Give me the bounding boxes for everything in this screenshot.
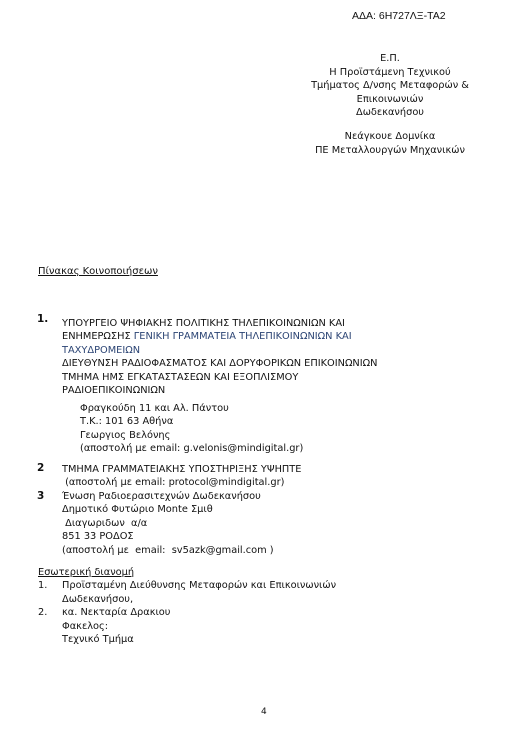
- recipient-line: ΤΜΗΜΑ ΗΜΣ ΕΓΚΑΤΑΣΤΑΣΕΩΝ ΚΑΙ ΕΞΟΠΛΙΣΜΟΥ: [62, 371, 377, 384]
- internal-distribution: Εσωτερική διανομή 1. Προϊσταμένη Διεύθυν…: [38, 566, 336, 646]
- notification-recipient-3: Ένωση Ραδιοερασιτεχνών Δωδεκανήσου Δημοτ…: [62, 490, 274, 557]
- internal-distribution-title: Εσωτερική διανομή: [38, 566, 336, 579]
- internal-item-line: Προϊσταμένη Διεύθυνσης Μεταφορών και Επι…: [62, 579, 336, 592]
- signature-line: Δωδεκανήσου: [280, 106, 500, 120]
- contact-name: Γεωργιος Βελόνης: [80, 429, 303, 442]
- address-line: Τ.Κ.: 101 63 Αθήνα: [80, 415, 303, 428]
- internal-item-line: Δωδεκανήσου,: [62, 593, 336, 606]
- signatory-role: ΠΕ Μεταλλουργών Μηχανικών: [280, 144, 500, 158]
- recipient-highlight: ΓΕΝΙΚΗ ΓΡΑΜΜΑΤΕΙΑ ΤΗΛΕΠΙΚΟΙΝΩΝΙΩΝ ΚΑΙ: [134, 331, 352, 342]
- notification-recipient-1: ΥΠΟΥΡΓΕΙΟ ΨΗΦΙΑΚΗΣ ΠΟΛΙΤΙΚΗΣ ΤΗΛΕΠΙΚΟΙΝΩ…: [62, 317, 377, 397]
- signature-line: Ε.Π.: [280, 52, 500, 66]
- email-line: (αποστολή με email: g.velonis@mindigital…: [80, 442, 303, 455]
- signature-line: Τμήματος Δ/νσης Μεταφορών &: [280, 79, 500, 93]
- recipient-line: ΔΙΕΥΘΥΝΣΗ ΡΑΔΙΟΦΑΣΜΑΤΟΣ ΚΑΙ ΔΟΡΥΦΟΡΙΚΩΝ …: [62, 357, 377, 370]
- internal-item-line: Τεχνικό Τμήμα: [62, 633, 170, 646]
- internal-item-number: 2.: [38, 606, 62, 646]
- signature-title-block: Ε.Π. Η Προϊστάμενη Τεχνικού Τμήματος Δ/ν…: [280, 52, 500, 120]
- address-line: Φραγκούδη 11 και Αλ. Πάντου: [80, 402, 303, 415]
- internal-item: 1. Προϊσταμένη Διεύθυνσης Μεταφορών και …: [38, 579, 336, 606]
- email-line: (αποστολή με email: sv5azk@gmail.com ): [62, 544, 274, 557]
- internal-item-number: 1.: [38, 579, 62, 606]
- recipient-text: ΕΝΗΜΕΡΩΣΗΣ: [62, 331, 134, 342]
- internal-item-line: Φακελος:: [62, 620, 170, 633]
- address-line: Διαγωριδων α/α: [62, 517, 274, 530]
- email-line: (αποστολή με email: protocol@mindigital.…: [62, 476, 301, 489]
- recipient-line: Ένωση Ραδιοερασιτεχνών Δωδεκανήσου: [62, 490, 274, 503]
- signatory-name: Νεάγκουε Δομνίκα: [280, 130, 500, 144]
- signature-name-block: Νεάγκουε Δομνίκα ΠΕ Μεταλλουργών Μηχανικ…: [280, 130, 500, 157]
- notification-number: 2: [37, 462, 44, 474]
- recipient-line: ΕΝΗΜΕΡΩΣΗΣ ΓΕΝΙΚΗ ΓΡΑΜΜΑΤΕΙΑ ΤΗΛΕΠΙΚΟΙΝΩ…: [62, 330, 377, 343]
- notifications-title: Πίνακας Κοινοποιήσεων: [38, 266, 158, 277]
- recipient-line: ΥΠΟΥΡΓΕΙΟ ΨΗΦΙΑΚΗΣ ΠΟΛΙΤΙΚΗΣ ΤΗΛΕΠΙΚΟΙΝΩ…: [62, 317, 377, 330]
- ada-code: ΑΔΑ: 6Η727ΛΞ-ΤΑ2: [352, 10, 446, 22]
- page-number: 4: [261, 707, 267, 717]
- internal-item-line: κα. Νεκταρία Δρακιου: [62, 606, 170, 619]
- recipient-line: ΡΑΔΙΟΕΠΙΚΟΙΝΩΝΙΩΝ: [62, 384, 377, 397]
- internal-item: 2. κα. Νεκταρία Δρακιου Φακελος: Τεχνικό…: [38, 606, 336, 646]
- signature-line: Η Προϊστάμενη Τεχνικού: [280, 66, 500, 80]
- address-line: 851 33 ΡΟΔΟΣ: [62, 530, 274, 543]
- address-line: Δημοτικό Φυτώριο Monte Σμιθ: [62, 503, 274, 516]
- recipient-line: ΤΜΗΜΑ ΓΡΑΜΜΑΤΕΙΑΚΗΣ ΥΠΟΣΤΗΡΙΞΗΣ ΥΨΗΠΤΕ: [62, 463, 301, 476]
- signature-line: Επικοινωνιών: [280, 93, 500, 107]
- notification-number: 3: [37, 490, 44, 502]
- notification-number: 1.: [37, 313, 48, 325]
- notification-recipient-2: ΤΜΗΜΑ ΓΡΑΜΜΑΤΕΙΑΚΗΣ ΥΠΟΣΤΗΡΙΞΗΣ ΥΨΗΠΤΕ (…: [62, 463, 301, 490]
- recipient-1-address: Φραγκούδη 11 και Αλ. Πάντου Τ.Κ.: 101 63…: [80, 402, 303, 456]
- recipient-highlight: ΤΑΧΥΔΡΟΜΕΙΩΝ: [62, 344, 377, 357]
